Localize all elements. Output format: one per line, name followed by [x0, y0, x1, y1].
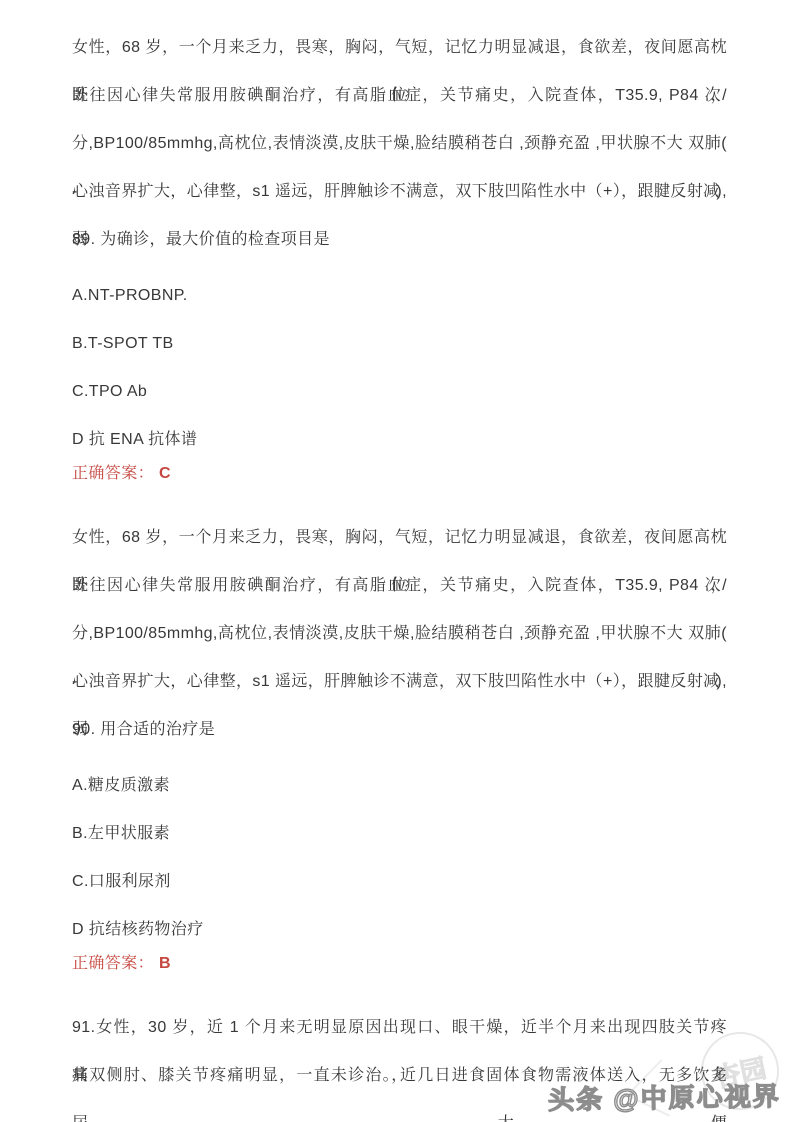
question-block-90: 女性，68 岁，一个月来乏力，畏寒，胸闷，气短，记忆力明显减退，食欲差，夜间愿高…: [72, 514, 727, 980]
stem-line: 既往因心律失常服用胺碘酮治疗，有高脂血症，关节痛史，入院查体，T35.9, P8…: [72, 562, 727, 610]
option-line-d: D 抗结核药物治疗: [72, 906, 727, 954]
stem-line: 女性，68 岁，一个月来乏力，畏寒，胸闷，气短，记忆力明显减退，食欲差，夜间愿高…: [72, 514, 727, 562]
option-line-b: B.左甲状服素: [72, 810, 727, 858]
stem-line: 其双侧肘、膝关节疼痛明显，一直未诊治。近几日进食固体食物需液体送入，无多饮多尿，…: [72, 1052, 727, 1100]
answer-label: 正确答案：: [72, 955, 154, 972]
question-title-line: 90. 用合适的治疗是: [72, 706, 727, 754]
options-list: A.糖皮质激素 B.左甲状服素 C.口服利尿剂 D 抗结核药物治疗: [72, 762, 727, 954]
answer-value: C: [159, 465, 171, 482]
question-block-91: 91.女性，30 岁，近 1 个月来无明显原因出现口、眼干燥，近半个月来出现四肢…: [72, 1004, 727, 1100]
answer-label: 正确答案：: [72, 465, 154, 482]
stem-line: 分,BP100/85mmhg,高枕位,表情淡漠,皮肤干燥,脸结膜稍苍白 ,颈静充…: [72, 610, 727, 658]
option-line-a: A.NT-PROBNP.: [72, 272, 727, 320]
option-line-a: A.糖皮质激素: [72, 762, 727, 810]
stem-line: 心浊音界扩大，心律整，s1 遥远，肝脾触诊不满意，双下肢凹陷性水中（+），跟腱反…: [72, 658, 727, 706]
option-line-c: C.口服利尿剂: [72, 858, 727, 906]
stem-line: 91.女性，30 岁，近 1 个月来无明显原因出现口、眼干燥，近半个月来出现四肢…: [72, 1004, 727, 1052]
exam-document-page: 女性，68 岁，一个月来乏力，畏寒，胸闷，气短，记忆力明显减退，食欲差，夜间愿高…: [0, 0, 793, 1122]
answer-value: B: [159, 955, 171, 972]
option-line-b: B.T-SPOT TB: [72, 320, 727, 368]
option-line-d: D 抗 ENA 抗体谱: [72, 416, 727, 464]
stem-line: 女性，68 岁，一个月来乏力，畏寒，胸闷，气短，记忆力明显减退，食欲差，夜间愿高…: [72, 24, 727, 72]
answer-line: 正确答案：C: [72, 458, 727, 490]
question-title-line: 89. 为确诊，最大价值的检查项目是: [72, 216, 727, 264]
answer-line: 正确答案：B: [72, 948, 727, 980]
question-block-89: 女性，68 岁，一个月来乏力，畏寒，胸闷，气短，记忆力明显减退，食欲差，夜间愿高…: [72, 24, 727, 490]
stem-line: 既往因心律失常服用胺碘酮治疗，有高脂血症，关节痛史，入院查体，T35.9, P8…: [72, 72, 727, 120]
stem-line: 分,BP100/85mmhg,高枕位,表情淡漠,皮肤干燥,脸结膜稍苍白 ,颈静充…: [72, 120, 727, 168]
options-list: A.NT-PROBNP. B.T-SPOT TB C.TPO Ab D 抗 EN…: [72, 272, 727, 464]
option-line-c: C.TPO Ab: [72, 368, 727, 416]
stem-line: 心浊音界扩大，心律整，s1 遥远，肝脾触诊不满意，双下肢凹陷性水中（+），跟腱反…: [72, 168, 727, 216]
